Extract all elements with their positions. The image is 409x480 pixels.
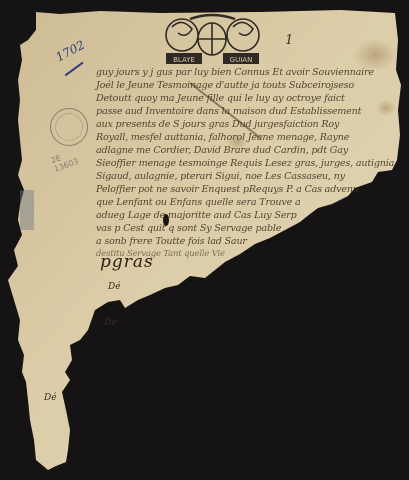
manuscript-line: Detoutt quoy ma Jeune fille qui le luy a… xyxy=(96,93,345,104)
manuscript-line: Sigaud, aulagnie, pterari Sigui, noe Les… xyxy=(96,171,345,182)
manuscript-line: a sonb frere Toutte fois lad Saur xyxy=(96,236,247,247)
svg-text:GUIAN: GUIAN xyxy=(230,56,253,64)
manuscript-line: Peloffier pot ne savoir Enquest pRequys … xyxy=(96,184,359,195)
manuscript-line: passe aud Inventoire dans la maison dud … xyxy=(96,106,361,117)
manuscript-line: Sieoffier menage tesmoinge Requis Lesez … xyxy=(96,158,394,169)
manuscript-line: Royall, mesfel auttania, falhorol Jeane … xyxy=(96,132,349,143)
manuscript-line: vas p Cest quit q sont Sy Servage pable xyxy=(96,223,281,234)
manuscript-line: Joél le Jeune Tesmoinage d'autte ja tout… xyxy=(96,80,354,91)
manuscript-line: adueg Lage de majoritte aud Cas Luy Serp xyxy=(96,210,297,221)
folio-number: 1 xyxy=(285,33,293,48)
margin-mark: Dé xyxy=(44,393,57,403)
svg-text:BLAYE: BLAYE xyxy=(173,56,195,64)
signature: pgras xyxy=(100,252,154,272)
manuscript-line: que Lenfant ou Enfans quelle sera Trouve… xyxy=(96,197,300,208)
archive-stamp-icon xyxy=(50,108,88,146)
manuscript-line: aux presents de S jours gras Dud jurgesf… xyxy=(96,119,339,130)
margin-mark: Dé xyxy=(104,318,117,328)
manuscript-photo: BLAYE GUIAN 1702 1 2E 13603 guy jours y … xyxy=(0,0,409,480)
manuscript-line: guy jours y j gus par luy bien Connus Et… xyxy=(96,67,374,78)
tax-stamp-seal: BLAYE GUIAN xyxy=(160,13,265,65)
margin-mark: Dé xyxy=(108,282,121,292)
manuscript-line: adlagne me Cordier, David Brare dud Card… xyxy=(96,145,348,156)
